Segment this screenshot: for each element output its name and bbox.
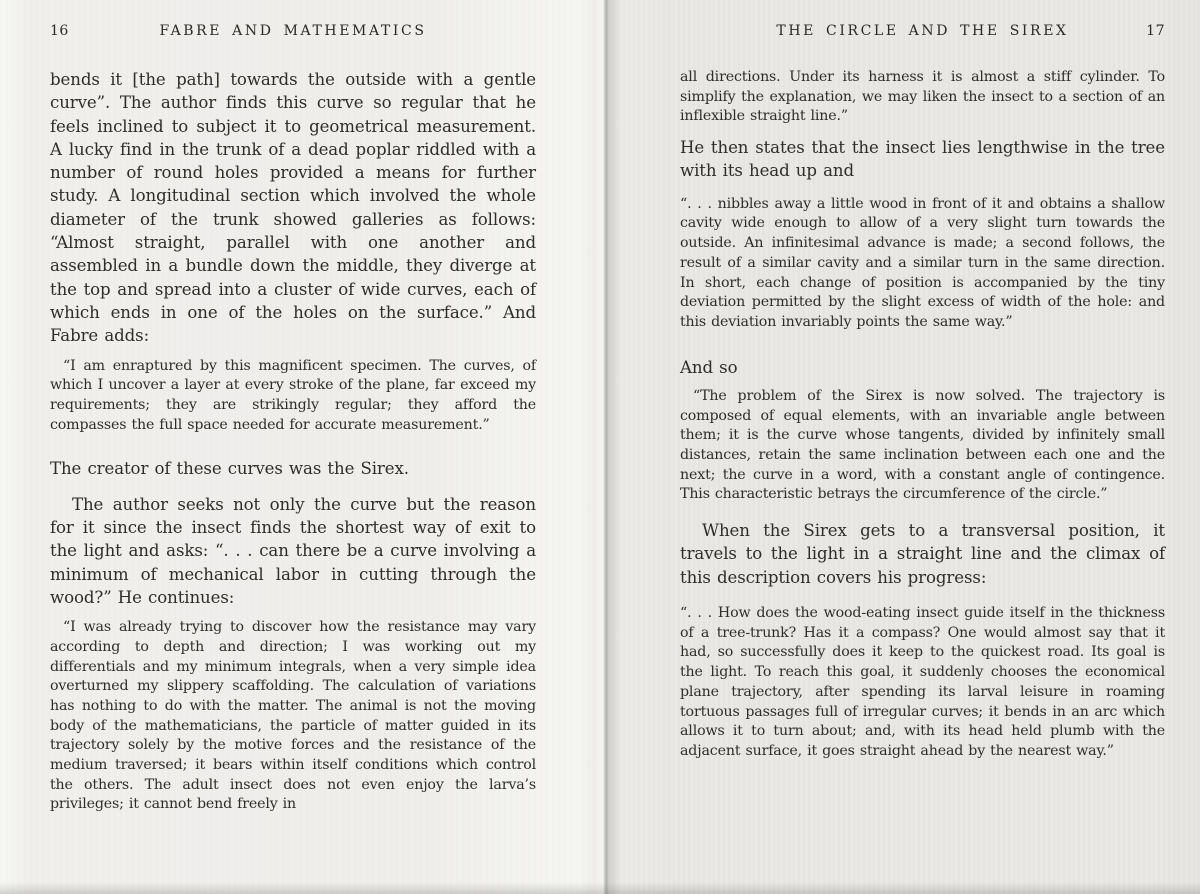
page-left: 16 FABRE AND MATHEMATICS bends it [the p…: [0, 0, 604, 894]
paragraph: He then states that the insect lies leng…: [680, 136, 1165, 183]
page-gutter-shadow: [594, 0, 620, 894]
page-right: THE CIRCLE AND THE SIREX 17 all directio…: [608, 0, 1200, 894]
running-title-left: FABRE AND MATHEMATICS: [84, 22, 502, 40]
page-header-left: 16 FABRE AND MATHEMATICS: [50, 22, 536, 40]
scan-bottom-shadow: [0, 882, 1200, 894]
paragraph: When the Sirex gets to a transversal pos…: [680, 519, 1165, 589]
paragraph: The author seeks not only the curve but …: [50, 493, 536, 609]
page-body-left: bends it [the path] towards the outside …: [50, 68, 536, 815]
running-title-right: THE CIRCLE AND THE SIREX: [714, 22, 1131, 40]
book-spread: 16 FABRE AND MATHEMATICS bends it [the p…: [0, 0, 1200, 894]
page-body-right: all directions. Under its harness it is …: [680, 68, 1165, 762]
page-header-right: THE CIRCLE AND THE SIREX 17: [680, 22, 1165, 40]
page-number-left: 16: [50, 22, 84, 40]
paragraph: bends it [the path] towards the outside …: [50, 68, 536, 348]
block-quote: “. . . How does the wood-eating insect g…: [680, 604, 1165, 762]
block-quote: “. . . nibbles away a little wood in fro…: [680, 195, 1165, 333]
block-quote: “I was already trying to discover how th…: [50, 618, 536, 815]
paragraph: The creator of these curves was the Sire…: [50, 457, 536, 480]
block-quote: all directions. Under its harness it is …: [680, 68, 1165, 127]
block-quote: “The problem of the Sirex is now solved.…: [680, 387, 1165, 505]
page-number-right: 17: [1131, 22, 1165, 40]
block-quote: “I am enraptured by this magnificent spe…: [50, 357, 536, 436]
paragraph: And so: [680, 356, 1165, 379]
